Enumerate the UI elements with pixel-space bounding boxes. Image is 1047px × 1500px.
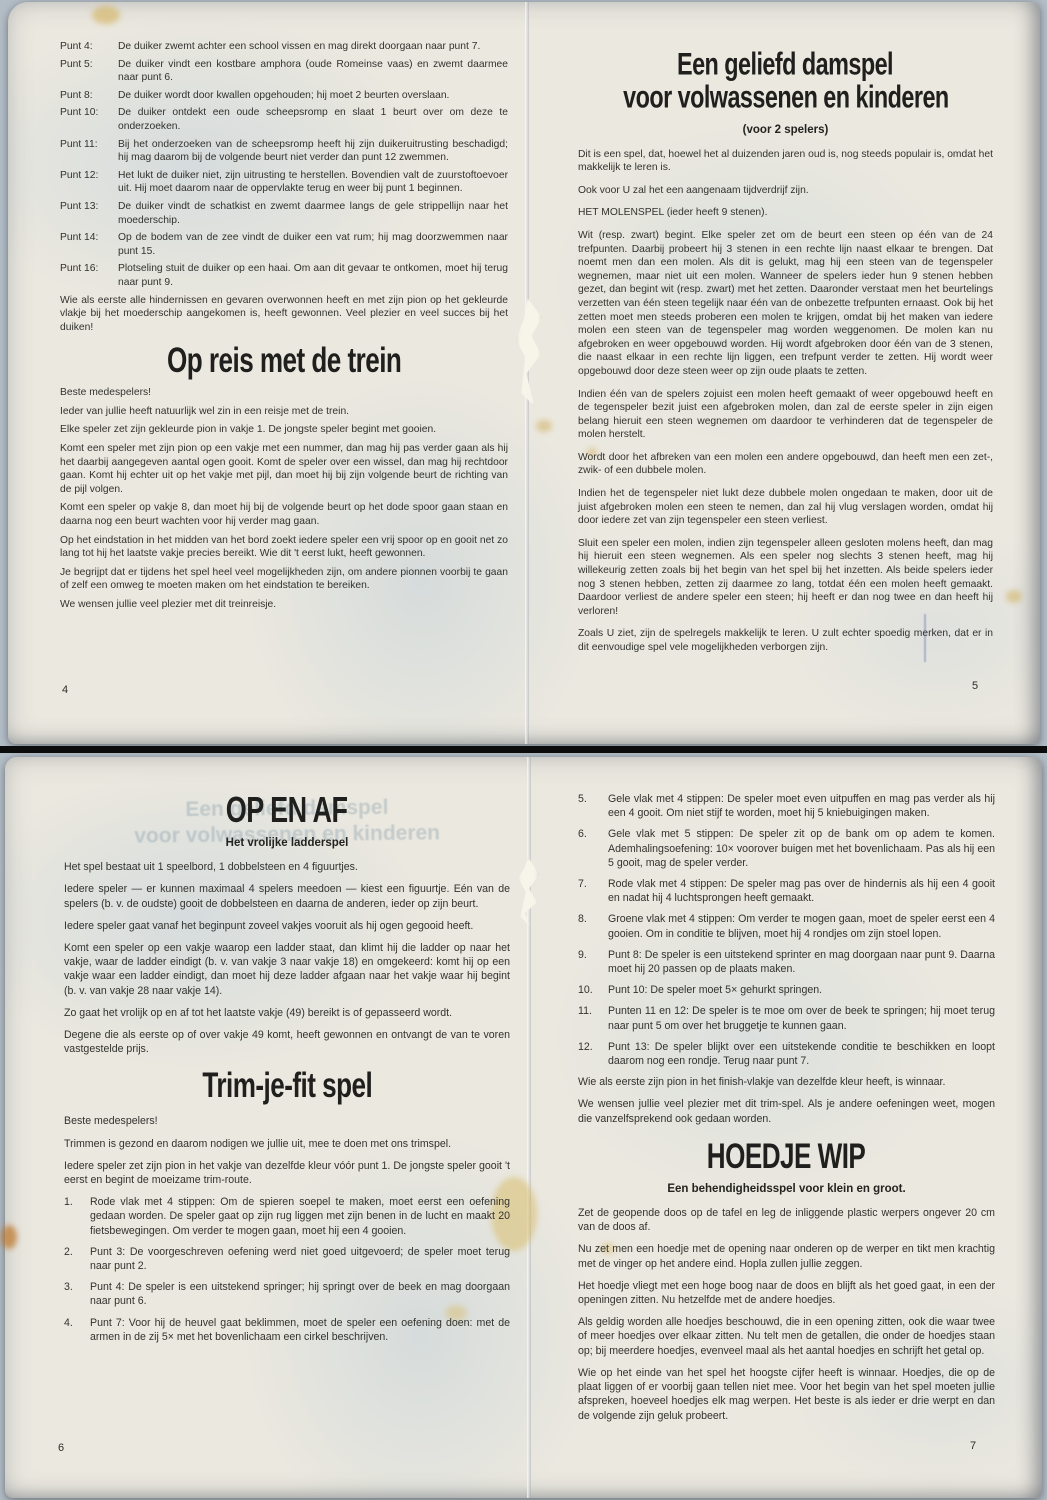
numbered-item: 6. Gele vlak met 5 stippen: De speler zi… — [578, 827, 995, 870]
item-text: Gele vlak met 5 stippen: De speler zit o… — [608, 827, 995, 870]
punt-text: Plotseling stuit de duiker op een haai. … — [118, 262, 508, 289]
trein-paragraphs: Beste medespelers! Ieder van jullie heef… — [60, 386, 508, 611]
page-number-7: 7 — [970, 1440, 976, 1452]
paragraph: Ieder van jullie heeft natuurlijk wel zi… — [60, 405, 508, 419]
page-5: Een geliefd damspel voor volwassenen en … — [578, 48, 993, 664]
numbered-item: 7. Rode vlak met 4 stippen: De speler ma… — [578, 877, 995, 905]
paragraph: Wit (resp. zwart) begint. Elke speler ze… — [578, 229, 993, 379]
paragraph: Zoals U ziet, zijn de spelregels makkeli… — [578, 627, 993, 654]
punt-label: Punt 11: — [60, 138, 118, 165]
item-text: Punt 7: Voor hij de heuvel gaat beklimme… — [90, 1316, 510, 1344]
item-text: Punt 3: De voorgeschreven oefening werd … — [90, 1245, 510, 1273]
numbered-item: 11. Punten 11 en 12: De speler is te moe… — [578, 1004, 995, 1032]
numbered-item: 4. Punt 7: Voor hij de heuvel gaat bekli… — [64, 1316, 510, 1344]
page-number-4: 4 — [62, 684, 68, 696]
punt-row: Punt 10: De duiker ontdekt een oude sche… — [60, 106, 508, 133]
paragraph: We wensen jullie veel plezier met dit tr… — [60, 598, 508, 612]
staple-tear — [516, 298, 542, 406]
paragraph: Zo gaat het vrolijk op en af tot het laa… — [64, 1006, 510, 1020]
page-title-damspel-line2: voor volwassenen en kinderen — [578, 81, 993, 114]
page-7: 5. Gele vlak met 4 stippen: De speler mo… — [578, 792, 995, 1431]
paragraph: Elke speler zet zijn gekleurde pion in v… — [60, 423, 508, 437]
item-text: Punt 4: De speler is een uitstekend spri… — [90, 1280, 510, 1308]
page-number-6: 6 — [58, 1442, 64, 1454]
item-text: Punt 10: De speler moet 5× gehurkt sprin… — [608, 983, 995, 997]
item-text: Rode vlak met 4 stippen: Om de spieren s… — [90, 1195, 510, 1238]
item-number: 5. — [578, 792, 608, 820]
hoedje-paragraphs: Zet de geopende doos op de tafel en leg … — [578, 1206, 995, 1423]
stain — [1006, 590, 1022, 603]
paragraph: Indien één van de spelers zojuist een mo… — [578, 388, 993, 442]
stain — [536, 420, 552, 432]
numbered-item: 10. Punt 10: De speler moet 5× gehurkt s… — [578, 983, 995, 997]
punt-text: Het lukt de duiker niet, zijn uitrusting… — [118, 169, 508, 196]
item-number: 11. — [578, 1004, 608, 1032]
item-text: Groene vlak met 4 stippen: Om verder te … — [608, 912, 995, 940]
item-number: 7. — [578, 877, 608, 905]
paragraph: Sluit een speler een molen, indien zijn … — [578, 537, 993, 619]
page-title-damspel: Een geliefd damspel — [578, 48, 993, 81]
item-number: 10. — [578, 983, 608, 997]
item-number: 8. — [578, 912, 608, 940]
paragraph: Iedere speler zet zijn pion in het vakje… — [64, 1159, 510, 1187]
page-title-hoedje-wip: HOEDJE WIP — [578, 1134, 995, 1180]
punt-text: De duiker vindt de schatkist en zwemt da… — [118, 200, 508, 227]
punt-text: Bij het onderzoeken van de scheepsromp h… — [118, 138, 508, 165]
punt-row: Punt 5: De duiker vindt een kostbare amp… — [60, 58, 508, 85]
punt-row: Punt 11: Bij het onderzoeken van de sche… — [60, 138, 508, 165]
item-number: 4. — [64, 1316, 90, 1344]
punt-row: Punt 14: Op de bodem van de zee vindt de… — [60, 231, 508, 258]
paragraph: We wensen jullie veel plezier met dit tr… — [578, 1097, 995, 1125]
punt-label: Punt 5: — [60, 58, 118, 85]
punt-list: Punt 4: De duiker zwemt achter een schoo… — [60, 40, 508, 290]
paragraph: Het spel bestaat uit 1 speelbord, 1 dobb… — [64, 860, 510, 874]
punt-label: Punt 12: — [60, 169, 118, 196]
paragraph: HET MOLENSPEL (ieder heeft 9 stenen). — [578, 206, 993, 220]
paragraph: Wie op het einde van het spel het hoogst… — [578, 1366, 995, 1423]
subtitle-spelers: (voor 2 spelers) — [578, 124, 993, 138]
punt-text: Op de bodem van de zee vindt de duiker e… — [118, 231, 508, 258]
trim-intro: Beste medespelers! Trimmen is gezond en … — [64, 1114, 510, 1187]
punt-text: De duiker ontdekt een oude scheepsromp e… — [118, 106, 508, 133]
punt-row: Punt 13: De duiker vindt de schatkist en… — [60, 200, 508, 227]
trim-items-continued: 5. Gele vlak met 4 stippen: De speler mo… — [578, 792, 995, 1068]
numbered-item: 5. Gele vlak met 4 stippen: De speler mo… — [578, 792, 995, 820]
item-text: Punt 13: De speler blijkt over een uitst… — [608, 1040, 995, 1068]
numbered-item: 3. Punt 4: De speler is een uitstekend s… — [64, 1280, 510, 1308]
stain — [92, 6, 120, 24]
closing-paragraph: Wie als eerste alle hindernissen en geva… — [60, 294, 508, 335]
paragraph: Degene die als eerste op of over vakje 4… — [64, 1028, 510, 1056]
page-4: Punt 4: De duiker zwemt achter een schoo… — [60, 40, 508, 617]
paragraph: Ook voor U zal het een aangenaam tijdver… — [578, 184, 993, 198]
page-title-op-en-af: OP EN AF — [64, 790, 510, 832]
paragraph: Beste medespelers! — [64, 1114, 510, 1128]
numbered-item: 9. Punt 8: De speler is een uitstekend s… — [578, 948, 995, 976]
punt-label: Punt 14: — [60, 231, 118, 258]
item-number: 1. — [64, 1195, 90, 1238]
booklet-scan: Punt 4: De duiker zwemt achter een schoo… — [0, 0, 1047, 1500]
item-number: 6. — [578, 827, 608, 870]
numbered-item: 8. Groene vlak met 4 stippen: Om verder … — [578, 912, 995, 940]
item-text: Punt 8: De speler is een uitstekend spri… — [608, 948, 995, 976]
numbered-item: 1. Rode vlak met 4 stippen: Om de spiere… — [64, 1195, 510, 1238]
punt-label: Punt 4: — [60, 40, 118, 54]
punt-row: Punt 16: Plotseling stuit de duiker op e… — [60, 262, 508, 289]
paragraph: Zet de geopende doos op de tafel en leg … — [578, 1206, 995, 1234]
spread-divider — [0, 746, 1047, 753]
punt-row: Punt 8: De duiker wordt door kwallen opg… — [60, 89, 508, 103]
punt-label: Punt 8: — [60, 89, 118, 103]
item-number: 9. — [578, 948, 608, 976]
paragraph: Nu zet men een hoedje met de opening naa… — [578, 1242, 995, 1270]
paragraph: Je begrijpt dat er tijdens het spel heel… — [60, 566, 508, 593]
paragraph: Komt een speler op vakje 8, dan moet hij… — [60, 501, 508, 528]
paragraph: Het hoedje vliegt met een hoge boog naar… — [578, 1279, 995, 1307]
paragraph: Dit is een spel, dat, hoewel het al duiz… — [578, 148, 993, 175]
punt-label: Punt 16: — [60, 262, 118, 289]
paragraph: Trimmen is gezond en daarom nodigen we j… — [64, 1137, 510, 1151]
punt-label: Punt 13: — [60, 200, 118, 227]
punt-label: Punt 10: — [60, 106, 118, 133]
numbered-item: 12. Punt 13: De speler blijkt over een u… — [578, 1040, 995, 1068]
punt-text: De duiker vindt een kostbare amphora (ou… — [118, 58, 508, 85]
damspel-paragraphs: Dit is een spel, dat, hoewel het al duiz… — [578, 148, 993, 655]
paragraph: Als geldig worden alle hoedjes beschouwd… — [578, 1315, 995, 1358]
punt-row: Punt 4: De duiker zwemt achter een schoo… — [60, 40, 508, 54]
paragraph: Iedere speler — er kunnen maximaal 4 spe… — [64, 882, 510, 910]
item-number: 2. — [64, 1245, 90, 1273]
paragraph: Komt een speler op een vakje waarop een … — [64, 941, 510, 998]
paragraph: Beste medespelers! — [60, 386, 508, 400]
punt-row: Punt 12: Het lukt de duiker niet, zijn u… — [60, 169, 508, 196]
page-6: Een geliefd damspel voor volwassenen en … — [64, 790, 510, 1351]
item-text: Punten 11 en 12: De speler is te moe om … — [608, 1004, 995, 1032]
ladderspel-paragraphs: Het spel bestaat uit 1 speelbord, 1 dobb… — [64, 860, 510, 1056]
paragraph: Wordt door het afbreken van een molen ee… — [578, 451, 993, 478]
trim-closing: Wie als eerste zijn pion in het finish-v… — [578, 1075, 995, 1126]
paragraph: Wie als eerste zijn pion in het finish-v… — [578, 1075, 995, 1089]
item-number: 12. — [578, 1040, 608, 1068]
numbered-item: 2. Punt 3: De voorgeschreven oefening we… — [64, 1245, 510, 1273]
paragraph: Indien het de tegenspeler niet lukt deze… — [578, 487, 993, 528]
page-number-5: 5 — [972, 680, 978, 692]
section-title-trim: Trim-je-fit spel — [64, 1064, 510, 1108]
stain — [1, 1225, 17, 1249]
punt-text: De duiker wordt door kwallen opgehouden;… — [118, 89, 508, 103]
section-title-trein: Op reis met de trein — [60, 340, 508, 382]
item-text: Rode vlak met 4 stippen: De speler mag p… — [608, 877, 995, 905]
paragraph: Iedere speler gaat vanaf het beginpunt z… — [64, 919, 510, 933]
paragraph: Komt een speler met zijn pion op een vak… — [60, 442, 508, 496]
trim-items: 1. Rode vlak met 4 stippen: Om de spiere… — [64, 1195, 510, 1344]
item-text: Gele vlak met 4 stippen: De speler moet … — [608, 792, 995, 820]
paragraph: Op het eindstation in het midden van het… — [60, 534, 508, 561]
subtitle-ladderspel: Het vrolijke ladderspel — [64, 836, 510, 850]
item-number: 3. — [64, 1280, 90, 1308]
punt-text: De duiker zwemt achter een school vissen… — [118, 40, 508, 54]
